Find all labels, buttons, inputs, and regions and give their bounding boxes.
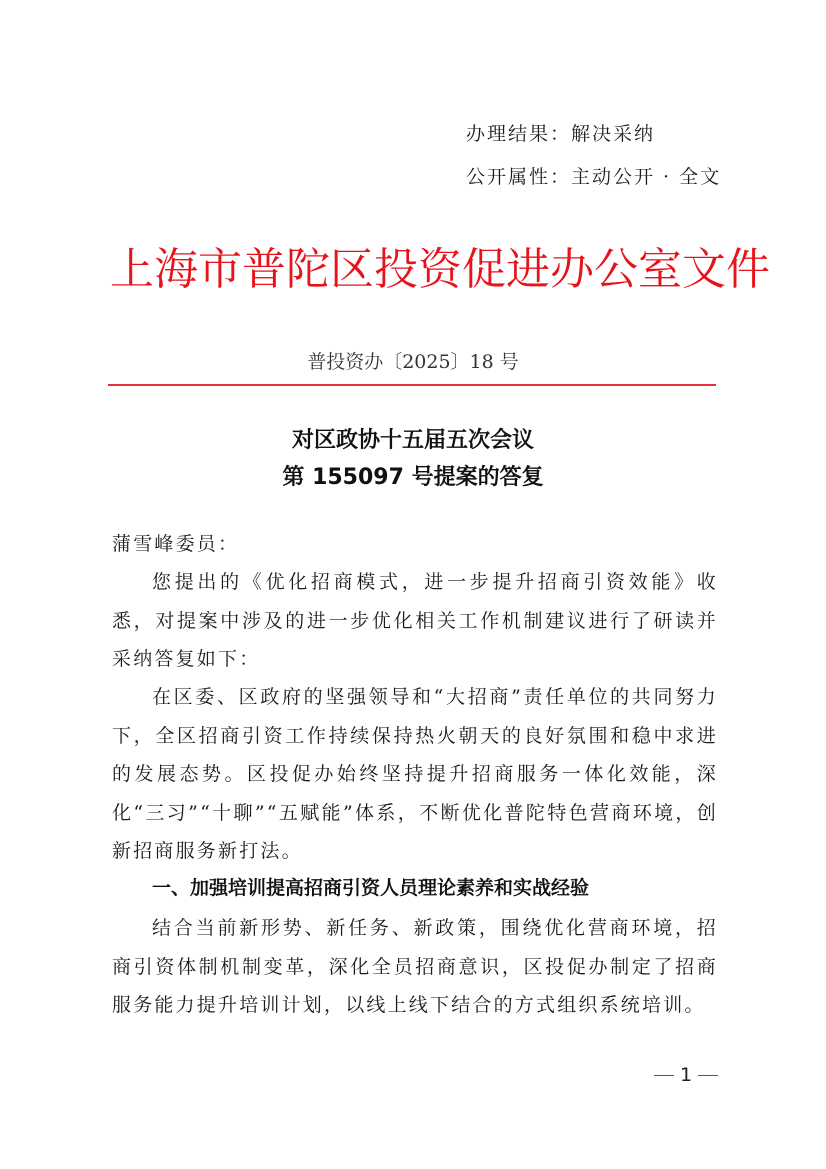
body-paragraph: 结合当前新形势、新任务、新政策，围绕优化营商环境，招商引资体制机制变革，深化全员…: [112, 909, 718, 1025]
document-masthead: 上海市普陀区投资促进办公室文件: [110, 240, 722, 300]
body-paragraph: 在区委、区政府的坚强领导和“大招商”责任单位的共同努力下，全区招商引资工作持续保…: [112, 678, 718, 871]
dash-right: [698, 1075, 718, 1077]
body-paragraph: 您提出的《优化招商模式，进一步提升招商引资效能》收悉，对提案中涉及的进一步优化相…: [112, 563, 718, 679]
disclosure-attribute: 公开属性：主动公开 · 全文: [466, 162, 721, 189]
document-title-line1: 对区政协十五届五次会议: [0, 423, 826, 454]
document-title-line2: 第 155097 号提案的答复: [0, 460, 826, 491]
handling-result: 办理结果：解决采纳: [466, 119, 655, 146]
page-number-value: 1: [680, 1064, 692, 1086]
section-heading: 一、加强培训提高招商引资人员理论素养和实战经验: [152, 873, 589, 900]
page-number: 1: [648, 1064, 724, 1086]
document-number: 普投资办〔2025〕18 号: [0, 347, 826, 374]
red-divider: [108, 384, 716, 386]
salutation: 蒲雪峰委员：: [112, 525, 718, 564]
dash-left: [654, 1075, 674, 1077]
